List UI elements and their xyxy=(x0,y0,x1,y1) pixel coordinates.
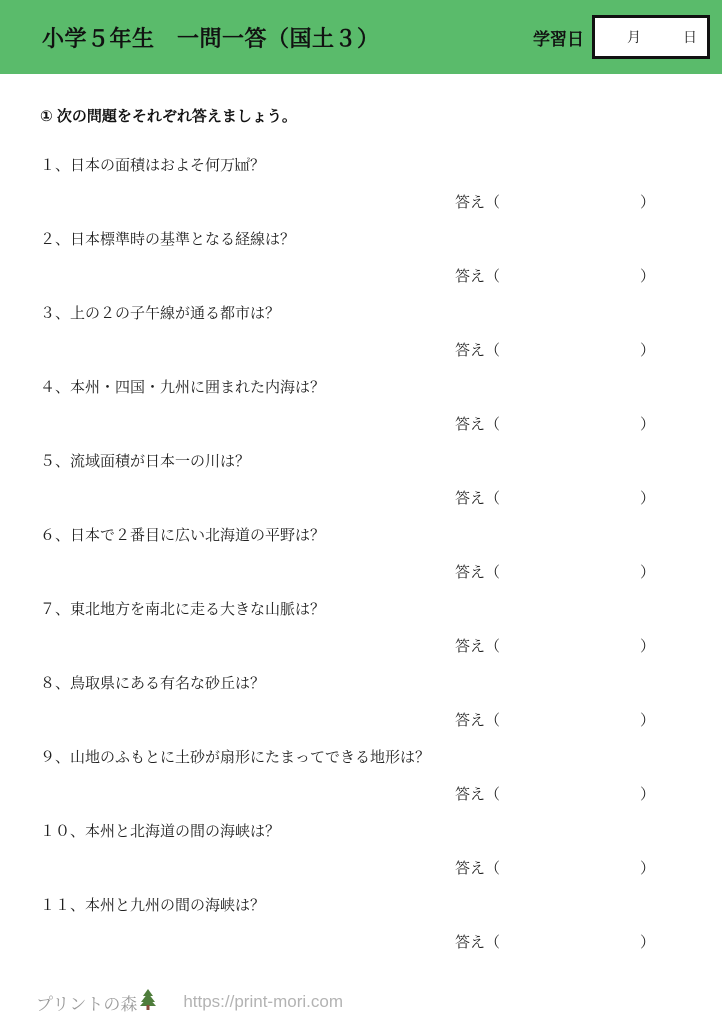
question-text: ８、鳥取県にある有名な砂丘は？ xyxy=(40,674,682,694)
answer-line: 答え（ ） xyxy=(455,193,655,213)
answer-line: 答え（ ） xyxy=(455,489,655,509)
answer-label-open: 答え（ xyxy=(455,489,500,509)
answer-label-close: ） xyxy=(640,563,655,583)
answer-label-open: 答え（ xyxy=(455,785,500,805)
answer-label-open: 答え（ xyxy=(455,415,500,435)
question-text: ９、山地のふもとに土砂が扇形にたまってできる地形は？ xyxy=(40,748,682,768)
question-text: ３、上の２の子午線が通る都市は？ xyxy=(40,304,682,324)
qa-block-8: ８、鳥取県にある有名な砂丘は？ 答え（ ） xyxy=(40,674,682,731)
answer-line: 答え（ ） xyxy=(455,785,655,805)
question-text: １、日本の面積はおよそ何万㎢？ xyxy=(40,156,682,176)
answer-label-close: ） xyxy=(640,637,655,657)
question-text: ４、本州・四国・九州に囲まれた内海は？ xyxy=(40,378,682,398)
study-date-label: 学習日 xyxy=(533,25,584,50)
qa-block-10: １０、本州と北海道の間の海峡は？ 答え（ ） xyxy=(40,822,682,879)
answer-label-close: ） xyxy=(640,341,655,361)
answer-line: 答え（ ） xyxy=(455,415,655,435)
question-text: ２、日本標準時の基準となる経線は？ xyxy=(40,230,682,250)
question-text: １０、本州と北海道の間の海峡は？ xyxy=(40,822,682,842)
answer-line: 答え（ ） xyxy=(455,933,655,953)
answer-line: 答え（ ） xyxy=(455,341,655,361)
instruction-text: ① 次の問題をそれぞれ答えましょう。 xyxy=(40,107,682,127)
answer-label-close: ） xyxy=(640,933,655,953)
qa-block-7: ７、東北地方を南北に走る大きな山脈は？ 答え（ ） xyxy=(40,600,682,657)
qa-block-9: ９、山地のふもとに土砂が扇形にたまってできる地形は？ 答え（ ） xyxy=(40,748,682,805)
answer-line: 答え（ ） xyxy=(455,637,655,657)
worksheet-body: ① 次の問題をそれぞれ答えましょう。 １、日本の面積はおよそ何万㎢？ 答え（ ）… xyxy=(0,107,722,953)
day-label: 日 xyxy=(683,27,697,47)
answer-label-close: ） xyxy=(640,489,655,509)
question-text: ７、東北地方を南北に走る大きな山脈は？ xyxy=(40,600,682,620)
qa-block-3: ３、上の２の子午線が通る都市は？ 答え（ ） xyxy=(40,304,682,361)
question-text: ５、流域面積が日本一の川は？ xyxy=(40,452,682,472)
qa-block-4: ４、本州・四国・九州に囲まれた内海は？ 答え（ ） xyxy=(40,378,682,435)
footer: プリントの森 https://print-mori.com xyxy=(36,989,343,1015)
qa-block-11: １１、本州と九州の間の海峡は？ 答え（ ） xyxy=(40,896,682,953)
answer-label-close: ） xyxy=(640,859,655,879)
answer-label-close: ） xyxy=(640,267,655,287)
answer-label-open: 答え（ xyxy=(455,563,500,583)
qa-block-2: ２、日本標準時の基準となる経線は？ 答え（ ） xyxy=(40,230,682,287)
qa-block-1: １、日本の面積はおよそ何万㎢？ 答え（ ） xyxy=(40,156,682,213)
question-list: １、日本の面積はおよそ何万㎢？ 答え（ ） ２、日本標準時の基準となる経線は？ … xyxy=(40,156,682,953)
month-label: 月 xyxy=(627,27,641,47)
site-name: プリントの森 xyxy=(36,990,137,1015)
worksheet-page: 小学５年生 一問一答（国土３） 学習日 月 日 ① 次の問題をそれぞれ答えましょ… xyxy=(0,0,722,1024)
qa-block-5: ５、流域面積が日本一の川は？ 答え（ ） xyxy=(40,452,682,509)
study-date-group: 学習日 月 日 xyxy=(533,15,710,59)
answer-label-close: ） xyxy=(640,711,655,731)
answer-label-close: ） xyxy=(640,415,655,435)
answer-label-open: 答え（ xyxy=(455,341,500,361)
question-text: １１、本州と九州の間の海峡は？ xyxy=(40,896,682,916)
site-url: https://print-mori.com xyxy=(183,992,343,1012)
answer-line: 答え（ ） xyxy=(455,563,655,583)
answer-label-open: 答え（ xyxy=(455,193,500,213)
date-fill-box[interactable]: 月 日 xyxy=(592,15,710,59)
answer-label-open: 答え（ xyxy=(455,859,500,879)
answer-line: 答え（ ） xyxy=(455,859,655,879)
answer-label-open: 答え（ xyxy=(455,933,500,953)
answer-label-open: 答え（ xyxy=(455,637,500,657)
header-bar: 小学５年生 一問一答（国土３） 学習日 月 日 xyxy=(0,0,722,74)
answer-line: 答え（ ） xyxy=(455,267,655,287)
answer-label-open: 答え（ xyxy=(455,267,500,287)
answer-label-close: ） xyxy=(640,193,655,213)
answer-label-close: ） xyxy=(640,785,655,805)
qa-block-6: ６、日本で２番目に広い北海道の平野は？ 答え（ ） xyxy=(40,526,682,583)
answer-label-open: 答え（ xyxy=(455,711,500,731)
answer-line: 答え（ ） xyxy=(455,711,655,731)
question-text: ６、日本で２番目に広い北海道の平野は？ xyxy=(40,526,682,546)
pine-tree-icon xyxy=(139,989,157,1015)
page-title: 小学５年生 一問一答（国土３） xyxy=(42,22,380,53)
